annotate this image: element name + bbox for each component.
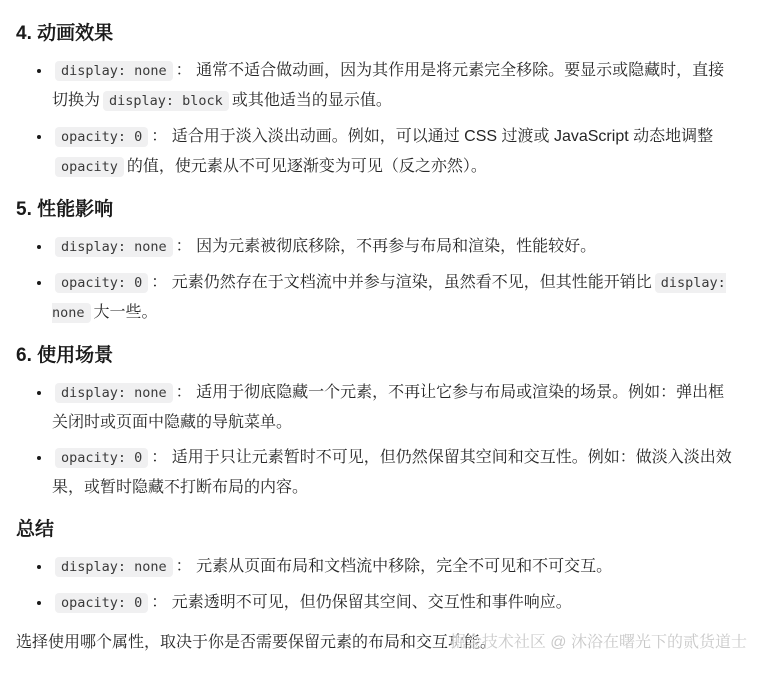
inline-code: opacity: 0 xyxy=(55,448,148,468)
text-run: ： 适合用于淡入淡出动画。例如，可以通过 CSS 过渡或 JavaScript … xyxy=(151,128,713,145)
list-item: opacity: 0： 适合用于淡入淡出动画。例如，可以通过 CSS 过渡或 J… xyxy=(52,122,735,182)
inline-code: display: none xyxy=(55,237,173,257)
text-run: ： 元素透明不可见，但仍保留其空间、交互性和事件响应。 xyxy=(151,594,571,611)
list-item: opacity: 0： 适用于只让元素暂时不可见，但仍然保留其空间和交互性。例如… xyxy=(52,443,735,502)
inline-code: opacity: 0 xyxy=(55,273,148,293)
section-list-use-cases: display: none： 适用于彻底隐藏一个元素，不再让它参与布局或渲染的场… xyxy=(16,378,735,502)
inline-code: opacity: 0 xyxy=(55,127,148,147)
section-heading-performance: 5. 性能影响 xyxy=(16,198,735,222)
inline-code: opacity xyxy=(55,157,124,177)
section-heading-summary: 总结 xyxy=(16,518,735,542)
list-item: display: none： 因为元素被彻底移除，不再参与布局和渲染，性能较好。 xyxy=(52,232,735,262)
inline-code: display: block xyxy=(103,91,229,111)
section-heading-use-cases: 6. 使用场景 xyxy=(16,344,735,368)
text-run: ： 元素仍然存在于文档流中并参与渲染，虽然看不见，但其性能开销比 xyxy=(151,274,651,291)
list-item: opacity: 0： 元素透明不可见，但仍保留其空间、交互性和事件响应。 xyxy=(52,588,735,618)
section-list-summary: display: none： 元素从页面布局和文档流中移除，完全不可见和不可交互… xyxy=(16,552,735,618)
inline-code: opacity: 0 xyxy=(55,593,148,613)
text-run: ： 因为元素被彻底移除，不再参与布局和渲染，性能较好。 xyxy=(176,238,596,255)
article-body: 4. 动画效果 display: none： 通常不适合做动画，因为其作用是将元… xyxy=(16,22,735,657)
section-list-animation: display: none： 通常不适合做动画，因为其作用是将元素完全移除。要显… xyxy=(16,56,735,182)
inline-code: display: none xyxy=(55,557,173,577)
list-item: display: none： 通常不适合做动画，因为其作用是将元素完全移除。要显… xyxy=(52,56,735,116)
text-run: ： 适用于只让元素暂时不可见，但仍然保留其空间和交互性。例如：做淡入淡出效果，或… xyxy=(52,449,732,496)
closing-paragraph: 选择使用哪个属性，取决于你是否需要保留元素的布局和交互功能。 xyxy=(16,628,735,657)
closing-paragraph-wrap: 选择使用哪个属性，取决于你是否需要保留元素的布局和交互功能。 掘金技术社区 @ … xyxy=(16,628,735,657)
list-item: display: none： 适用于彻底隐藏一个元素，不再让它参与布局或渲染的场… xyxy=(52,378,735,437)
inline-code: display: none xyxy=(55,61,173,81)
list-item: opacity: 0： 元素仍然存在于文档流中并参与渲染，虽然看不见，但其性能开… xyxy=(52,268,735,328)
section-list-performance: display: none： 因为元素被彻底移除，不再参与布局和渲染，性能较好。… xyxy=(16,232,735,328)
text-run: ： 元素从页面布局和文档流中移除，完全不可见和不可交互。 xyxy=(176,558,612,575)
list-item: display: none： 元素从页面布局和文档流中移除，完全不可见和不可交互… xyxy=(52,552,735,582)
text-run: 或其他适当的显示值。 xyxy=(232,92,392,109)
inline-code: display: none xyxy=(55,383,173,403)
text-run: 的值，使元素从不可见逐渐变为可见（反之亦然）。 xyxy=(127,158,487,175)
section-heading-animation: 4. 动画效果 xyxy=(16,22,735,46)
text-run: 大一些。 xyxy=(94,304,158,321)
